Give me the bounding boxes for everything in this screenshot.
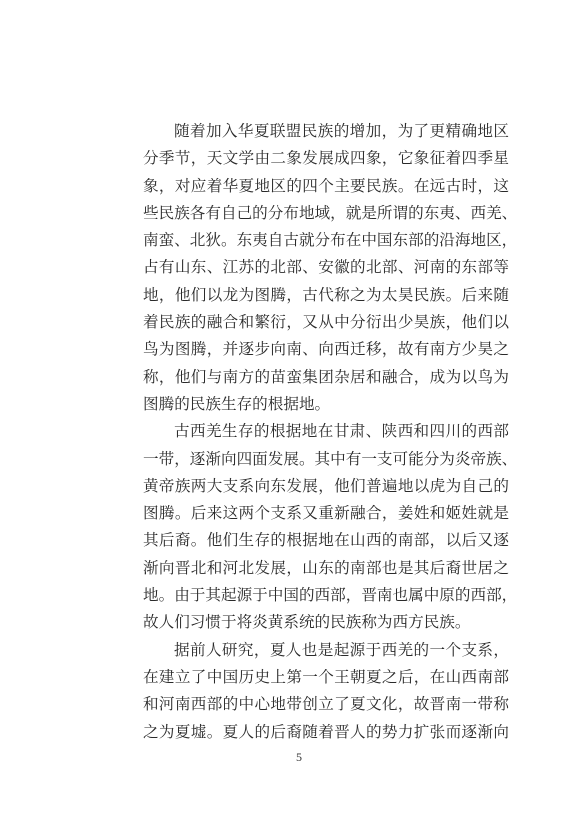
text-line: 一带，逐渐向四面发展。其中有一支可能分为炎帝族、 — [143, 446, 509, 473]
text-line: 南蛮、北狄。东夷自古就分布在中国东部的沿海地区， — [143, 227, 509, 254]
text-line: 分季节，天文学由二象发展成四象，它象征着四季星 — [143, 145, 509, 172]
page-number: 5 — [0, 750, 582, 765]
text-line: 之为夏墟。夏人的后裔随着晋人的势力扩张而逐渐向 — [143, 719, 509, 746]
text-line: 图腾。后来这两个支系又重新融合，姜姓和姬姓就是 — [143, 500, 509, 527]
text-line: 据前人研究，夏人也是起源于西羌的一个支系， — [143, 637, 509, 664]
text-line: 随着加入华夏联盟民族的增加，为了更精确地区 — [143, 118, 509, 145]
text-line: 鸟为图腾，并逐步向南、向西迁移，故有南方少昊之 — [143, 336, 509, 363]
text-line: 地，他们以龙为图腾，古代称之为太昊民族。后来随 — [143, 282, 509, 309]
text-line: 其后裔。他们生存的根据地在山西的南部，以后又逐 — [143, 527, 509, 554]
text-line: 黄帝族两大支系向东发展，他们普遍地以虎为自己的 — [143, 473, 509, 500]
text-line: 图腾的民族生存的根据地。 — [143, 391, 509, 418]
text-line: 故人们习惯于将炎黄系统的民族称为西方民族。 — [143, 609, 509, 636]
text-line: 在建立了中国历史上第一个王朝夏之后，在山西南部 — [143, 664, 509, 691]
text-line: 和河南西部的中心地带创立了夏文化，故晋南一带称 — [143, 691, 509, 718]
text-line: 渐向晋北和河北发展，山东的南部也是其后裔世居之 — [143, 555, 509, 582]
text-line: 地。由于其起源于中国的西部，晋南也属中原的西部， — [143, 582, 509, 609]
text-line: 象，对应着华夏地区的四个主要民族。在远古时，这 — [143, 173, 509, 200]
paragraph-2: 古西羌生存的根据地在甘肃、陕西和四川的西部 一带，逐渐向四面发展。其中有一支可能… — [143, 418, 509, 636]
document-page: 随着加入华夏联盟民族的增加，为了更精确地区 分季节，天文学由二象发展成四象，它象… — [0, 0, 582, 816]
paragraph-1: 随着加入华夏联盟民族的增加，为了更精确地区 分季节，天文学由二象发展成四象，它象… — [143, 118, 509, 418]
text-line: 称，他们与南方的苗蛮集团杂居和融合，成为以鸟为 — [143, 364, 509, 391]
text-line: 占有山东、江苏的北部、安徽的北部、河南的东部等 — [143, 254, 509, 281]
text-line: 着民族的融合和繁衍，又从中分衍出少昊族，他们以 — [143, 309, 509, 336]
text-line: 些民族各有自己的分布地域，就是所谓的东夷、西羌、 — [143, 200, 509, 227]
paragraph-3: 据前人研究，夏人也是起源于西羌的一个支系， 在建立了中国历史上第一个王朝夏之后，… — [143, 637, 509, 746]
text-line: 古西羌生存的根据地在甘肃、陕西和四川的西部 — [143, 418, 509, 445]
body-text: 随着加入华夏联盟民族的增加，为了更精确地区 分季节，天文学由二象发展成四象，它象… — [143, 118, 509, 746]
